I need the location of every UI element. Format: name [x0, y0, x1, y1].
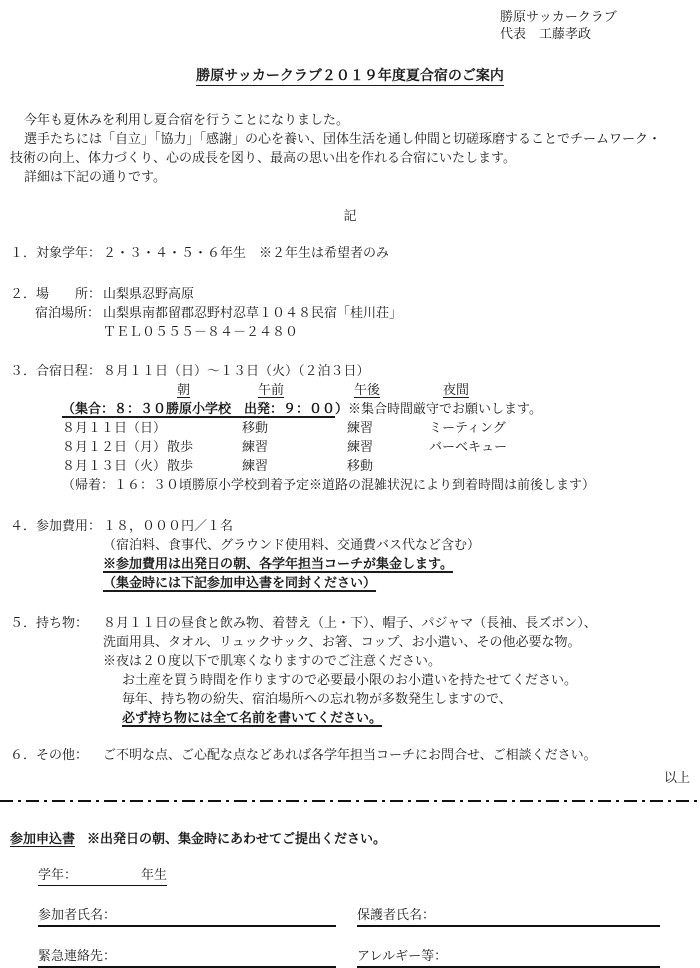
schedule-header-spacer [62, 380, 167, 399]
grade-blank [77, 865, 141, 884]
meeting-paren: ） [335, 401, 348, 416]
schedule-night [429, 456, 690, 475]
cut-line [0, 800, 700, 802]
schedule-header-night: 夜間 [443, 380, 469, 399]
emergency-contact-label: 緊急連絡先： [38, 946, 116, 965]
schedule-table: 朝 午前 午後 夜間 （集合：８：３０勝原小学校 出発：９：００）※集合時間厳守… [62, 380, 690, 494]
document-title-text: 勝原サッカークラブ２０１９年度夏合宿のご案内 [196, 69, 504, 86]
schedule-morning [167, 418, 242, 437]
letterhead: 勝原サッカークラブ 代表 工藤孝政 [500, 8, 690, 42]
form-row-names: 参加者氏名： 保護者氏名： [38, 905, 690, 927]
fee-collection-note: ※参加費用は出発日の朝、各学年担当コーチが集金します。 [103, 554, 690, 573]
representative-name: 代表 工藤孝政 [500, 25, 690, 42]
schedule-header-pm: 午後 [354, 380, 380, 399]
emergency-contact-blank [116, 946, 336, 965]
other-value: ご不明な点、ご心配な点などあれば各学年担当コーチにお問合せ、ご相談ください。 [103, 745, 690, 764]
belongings-name-warning: 必ず持ち物には全て名前を書いてください。 [122, 708, 690, 727]
schedule-am: 移動 [242, 418, 347, 437]
participant-name-label: 参加者氏名： [38, 905, 116, 924]
schedule-night: バーベキュー [429, 437, 690, 456]
allergy-blank [447, 946, 660, 965]
schedule-header-am: 午前 [258, 380, 284, 399]
guardian-name-field: 保護者氏名： [357, 905, 660, 927]
lodging-value: 山梨県南都留郡忍野村忍草１０４８民宿「桂川荘」 [103, 303, 690, 322]
application-form-title: 参加申込書 ※出発日の朝、集金時にあわせてご提出ください。 [10, 829, 690, 848]
form-row-contact: 緊急連絡先： アレルギー等： [38, 946, 690, 968]
section-label: ５．持ち物： [10, 613, 103, 632]
guardian-name-label: 保護者氏名： [357, 905, 435, 924]
section-label: ６．その他： [10, 745, 103, 764]
guardian-name-blank [435, 905, 660, 924]
field-gap [336, 905, 357, 927]
intro-line: 選手たちには「自立」「協力」「感謝」の心を養い、団体生活を通し仲間と切磋琢磨する… [10, 129, 690, 148]
schedule-pm: 練習 [347, 437, 429, 456]
schedule-row-day2: ８月１２日（月） 散歩 練習 練習 バーベキュー [62, 437, 690, 456]
lodging-label: 宿泊場所： [10, 303, 103, 322]
fee-amount: １８，０００円／１名 [103, 516, 690, 535]
section-label: １．対象学年： [10, 243, 103, 262]
section-label: ２．場 所： [10, 284, 103, 303]
allergy-field: アレルギー等： [357, 946, 660, 968]
belongings-line: ８月１１日の昼食と飲み物、着替え（上・下）、帽子、パジャマ（長袖、長ズボン）、 [103, 613, 690, 632]
lodging-tel: ＴＥＬ０５５５－８４－２４８０ [103, 322, 690, 341]
schedule-header-row: 朝 午前 午後 夜間 [62, 380, 690, 399]
schedule-date: ８月１２日（月） [62, 437, 167, 456]
belongings-line: 毎年、持ち物の紛失、宿泊場所への忘れ物が多数発生しますので、 [122, 689, 690, 708]
meeting-note-text: ※集合時間厳守でお願いします。 [348, 401, 542, 416]
participant-name-blank [116, 905, 336, 924]
belongings-line: お土産を買う時間を作りますので必要最小限のお小遣いを持たせてください。 [122, 670, 690, 689]
meeting-time-emphasis: （集合：８：３０勝原小学校 出発：９：００ [62, 401, 335, 416]
schedule-morning: 散歩 [167, 456, 242, 475]
schedule-am: 練習 [242, 456, 347, 475]
belongings-line: ※夜は２０度以下で肌寒くなりますのでご注意ください。 [103, 651, 690, 670]
intro-line: 詳細は下記の通りです。 [10, 167, 690, 186]
schedule-row-day1: ８月１１日（日） 移動 練習 ミーティング [62, 418, 690, 437]
schedule-date: ８月１３日（火） [62, 456, 167, 475]
meeting-note: （集合：８：３０勝原小学校 出発：９：００）※集合時間厳守でお願いします。 [62, 399, 690, 418]
application-form-label: 参加申込書 [10, 829, 75, 848]
schedule-night: ミーティング [429, 418, 690, 437]
schedule-am: 練習 [242, 437, 347, 456]
schedule-pm: 練習 [347, 418, 429, 437]
section-fee: ４．参加費用： １８，０００円／１名 （宿泊料、食事代、グラウンド使用料、交通費… [10, 516, 690, 592]
intro-paragraph: 今年も夏休みを利用し夏合宿を行うことになりました。 選手たちには「自立」「協力」… [10, 110, 690, 186]
camp-dates: ８月１１日（日）～１３日（火）（２泊３日） [103, 361, 690, 380]
document-title: 勝原サッカークラブ２０１９年度夏合宿のご案内 [10, 66, 690, 86]
section-schedule: ３．合宿日程： ８月１１日（日）～１３日（火）（２泊３日） 朝 午前 午後 夜間… [10, 361, 690, 494]
record-mark: 記 [10, 206, 690, 225]
section-place: ２．場 所： 山梨県忍野高原 宿泊場所： 山梨県南都留郡忍野村忍草１０４８民宿「… [10, 284, 690, 341]
section-label: ４．参加費用： [10, 516, 103, 535]
application-form-note: ※出発日の朝、集金時にあわせてご提出ください。 [87, 829, 386, 848]
schedule-row-day3: ８月１３日（火） 散歩 練習 移動 [62, 456, 690, 475]
participant-name-field: 参加者氏名： [38, 905, 336, 927]
closing-mark: 以上 [10, 768, 690, 787]
club-name: 勝原サッカークラブ [500, 8, 690, 25]
return-note: （帰着：１６：３０頃勝原小学校到着予定※道路の混雑状況により到着時間は前後します… [62, 475, 690, 494]
fee-enclose-note: （集金時には下記参加申込書を同封ください） [103, 573, 690, 592]
section-other: ６．その他： ご不明な点、ご心配な点などあれば各学年担当コーチにお問合せ、ご相談… [10, 745, 690, 764]
emergency-contact-field: 緊急連絡先： [38, 946, 336, 968]
schedule-header-morning: 朝 [177, 380, 190, 399]
schedule-morning: 散歩 [167, 437, 242, 456]
fee-includes: （宿泊料、食事代、グラウンド使用料、交通費バス代など含む） [103, 535, 690, 554]
intro-line: 技術の向上、体力づくり、心の成長を図り、最高の思い出を作れる合宿にいたします。 [10, 148, 690, 167]
section-belongings: ５．持ち物： ８月１１日の昼食と飲み物、着替え（上・下）、帽子、パジャマ（長袖、… [10, 613, 690, 727]
belongings-line: 洗面用具、タオル、リュックサック、お箸、コップ、お小遣い、その他必要な物。 [103, 632, 690, 651]
document-page: 勝原サッカークラブ 代表 工藤孝政 勝原サッカークラブ２０１９年度夏合宿のご案内… [0, 0, 700, 968]
schedule-pm: 移動 [347, 456, 429, 475]
schedule-date: ８月１１日（日） [62, 418, 167, 437]
grade-label: 学年： [38, 865, 77, 884]
field-gap [336, 946, 357, 968]
allergy-label: アレルギー等： [357, 946, 447, 965]
section-target-grades: １．対象学年： ２・３・４・５・６年生 ※２年生は希望者のみ [10, 243, 690, 262]
section-label: ３．合宿日程： [10, 361, 103, 380]
grade-suffix: 年生 [141, 865, 167, 884]
target-grades-value: ２・３・４・５・６年生 ※２年生は希望者のみ [103, 243, 690, 262]
place-value: 山梨県忍野高原 [103, 284, 690, 303]
grade-field: 学年： 年生 [38, 865, 167, 886]
intro-line: 今年も夏休みを利用し夏合宿を行うことになりました。 [10, 110, 690, 129]
